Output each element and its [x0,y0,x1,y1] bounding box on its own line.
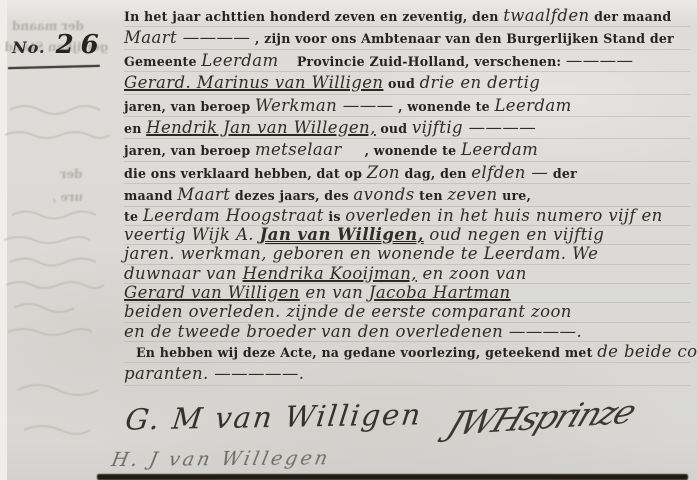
handwritten-text: Hendrika Kooijman, [243,264,417,283]
printed-form-text: In het jaar achttien honderd zeven en ze… [124,9,503,24]
act-line: In het jaar achttien honderd zeven en ze… [124,5,690,27]
printed-form-text: Gemeente [124,54,201,69]
handwritten-text: ———— [566,51,634,70]
handwritten-text: oud negen en vijftig [424,225,605,244]
handwritten-text: duwnaar van [124,264,243,283]
printed-form-text: oud [376,121,412,136]
act-line: jaren, van beroep Werkman ——— , wonende … [124,95,690,117]
handwritten-text: Leerdam [201,51,278,70]
handwritten-text: Leerdam Hoogstraat [143,206,324,225]
handwritten-text: Werkman ——— [255,96,394,115]
act-line: Gemeente Leerdam Provincie Zuid-Holland,… [124,50,690,72]
handwritten-text: en zoon van [417,264,527,283]
signature-comparant1: G. M van Willigen [124,397,425,436]
printed-form-text: maand [124,188,177,203]
handwritten-text: Leerdam [461,140,538,159]
printed-form-text: ten [415,188,448,203]
record-number-value: 26 [56,30,106,60]
act-line: jaren, van beroep metselaar , wonende te… [124,139,690,161]
handwritten-text: zeven [447,185,497,204]
handwritten-text: Hendrik Jan van Willegen, [146,118,376,137]
handwritten-text: Maart ———— [124,28,250,47]
handwritten-text: en de tweede broeder van den overledenen… [124,322,582,341]
bleedthrough-text: der [60,167,82,181]
scan-left-edge [0,0,7,480]
act-line: paranten. —————. [124,363,690,385]
printed-form-text: te [124,209,143,224]
handwritten-text: Maart [177,185,230,204]
act-line: beiden overleden. zijnde de eerste compa… [124,303,690,322]
act-line: en de tweede broeder van den overledenen… [124,323,690,342]
closing-formula: En hebben wij deze Acte, na gedane voorl… [124,341,690,386]
handwritten-text: Leerdam [494,96,571,115]
act-line: veertig Wijk A. Jan van Willigen, oud ne… [124,226,690,245]
printed-form-text: Provincie Zuid-Holland, verschenen: [279,54,566,69]
handwritten-text: metselaar [255,140,342,159]
act-body: In het jaar achttien honderd zeven en ze… [124,5,690,342]
scan-bottom-band [97,474,688,480]
handwritten-text: en van [300,283,369,302]
death-certificate-scan: der maand gerlijken Stand der der ure , … [0,0,697,480]
printed-form-text: En hebben wij deze Acte, na gedane voorl… [124,345,597,360]
handwritten-text: Jan van Willigen, [260,225,424,244]
handwritten-text: veertig Wijk A. [124,225,260,244]
printed-form-text: der maand [590,9,672,24]
printed-form-text: die ons verklaard hebben, dat op [124,166,367,181]
printed-form-text: ure, [498,188,532,203]
signature-comparant2: H. J van Willegen [110,447,333,471]
handwritten-text: Zon [367,163,400,182]
act-line: die ons verklaard hebben, dat op Zon dag… [124,162,690,184]
act-line: Gerard van Willigen en van Jacoba Hartma… [124,284,690,303]
handwritten-text: avonds [353,185,414,204]
act-line: maand Maart dezes jaars, des avonds ten … [124,184,690,206]
printed-form-text: dezes jaars, des [230,188,353,203]
record-number-label: No. [12,38,46,57]
handwritten-text: twaalfden [503,6,589,25]
bleedthrough-text: ure , [52,190,83,204]
printed-form-text: , wonende te [394,99,495,114]
signature-official: JWHsprinze [442,392,640,443]
handwritten-text: paranten. —————. [124,364,304,383]
handwritten-text: vijftig ———— [412,118,536,137]
handwritten-text: beiden overleden. zijnde de eerste compa… [124,302,572,321]
handwritten-text: Jacoba Hartman [369,283,511,302]
record-number-underline [8,65,100,69]
printed-form-text: jaren, van beroep [124,99,255,114]
act-line: Gerard. Marinus van Willigen oud drie en… [124,72,690,94]
printed-form-text: , wonende te [342,143,461,158]
act-line: jaren. werkman, geboren en wonende te Le… [124,245,690,264]
handwritten-text: jaren. werkman, geboren en wonende te Le… [124,244,598,263]
printed-form-text: , zijn voor ons Ambtenaar van den Burger… [250,31,674,46]
handwritten-text: Gerard van Willigen [124,283,300,302]
printed-form-text: oud [383,76,419,91]
handwritten-text: overleden in het huis numero vijf en [345,206,662,225]
printed-form-text: en [124,121,146,136]
handwritten-text: de beide com- [597,342,697,361]
act-line: En hebben wij deze Acte, na gedane voorl… [124,341,690,363]
act-line: Maart ———— , zijn voor ons Ambtenaar van… [124,27,690,49]
record-number: No.26 [12,30,106,60]
handwritten-text: drie en dertig [420,73,541,92]
act-line: duwnaar van Hendrika Kooijman, en zoon v… [124,265,690,284]
printed-form-text: der [548,166,577,181]
handwritten-text: elfden — [471,163,548,182]
printed-form-text: jaren, van beroep [124,143,255,158]
handwritten-text: Gerard. Marinus van Willigen [124,73,383,92]
printed-form-text: dag, den [400,166,471,181]
act-line: en Hendrik Jan van Willegen, oud vijftig… [124,117,690,139]
printed-form-text: is [324,209,345,224]
act-line: te Leerdam Hoogstraat is overleden in he… [124,207,690,226]
